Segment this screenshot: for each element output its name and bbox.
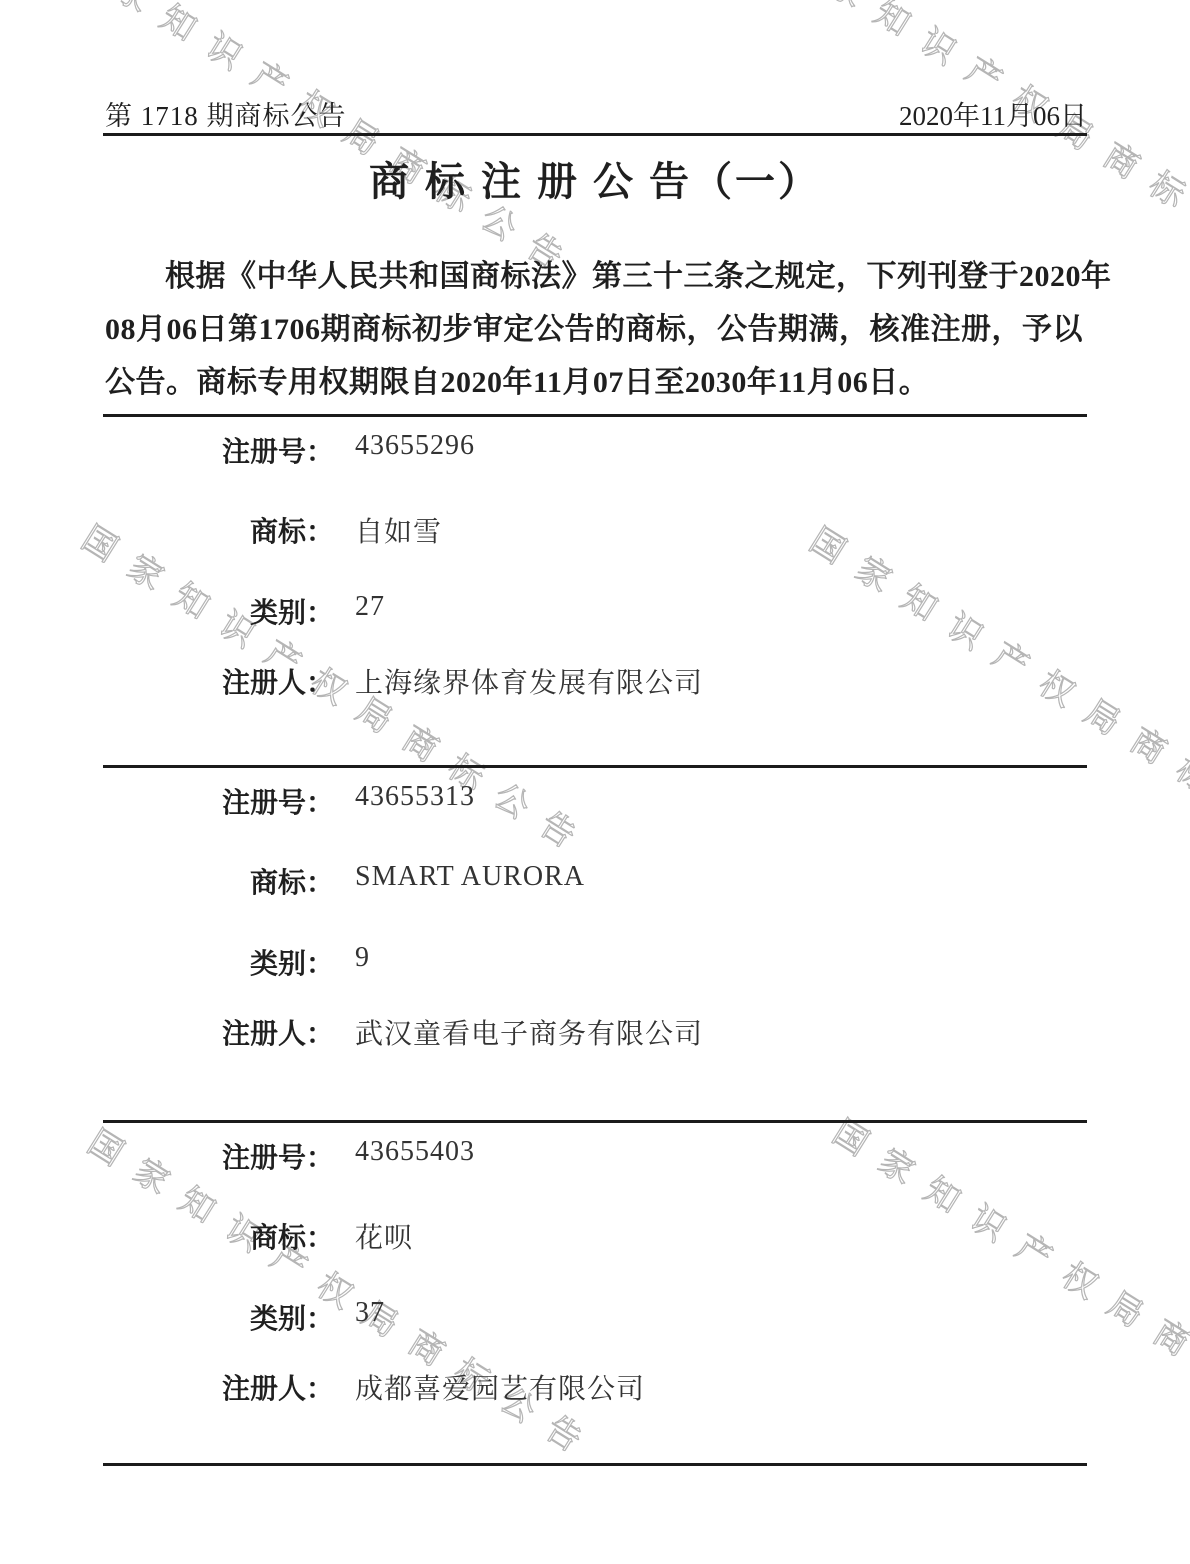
field-row-category: 类别： 27 — [0, 591, 1190, 627]
field-label: 类别： — [0, 1297, 334, 1337]
field-row-reg-no: 注册号： 43655313 — [0, 781, 1190, 817]
date-label: 2020年11月06日 — [105, 94, 1087, 133]
field-value-trademark: 自如雪 — [355, 510, 442, 550]
trademark-entry: 注册号： 43655313 商标： SMART AURORA 类别： 9 注册人… — [0, 765, 1190, 1120]
field-value-registrant: 成都喜爱园艺有限公司 — [355, 1367, 645, 1407]
field-label: 商标： — [0, 861, 334, 901]
field-label: 类别： — [0, 591, 334, 631]
field-row-reg-no: 注册号： 43655403 — [0, 1136, 1190, 1172]
field-row-trademark: 商标： 花呗 — [0, 1216, 1190, 1252]
field-label: 注册人： — [0, 1012, 334, 1052]
field-value-category: 9 — [355, 942, 370, 974]
header-rule — [103, 133, 1087, 136]
trademark-entry: 注册号： 43655296 商标： 自如雪 类别： 27 注册人： 上海缘界体育… — [0, 414, 1190, 765]
gazette-page: { "page": { "issue_label": "第 1718 期商标公告… — [0, 0, 1190, 1564]
page-title: 商 标 注 册 公 告（一） — [0, 150, 1190, 207]
field-value-registrant: 武汉童看电子商务有限公司 — [355, 1012, 703, 1052]
field-label: 类别： — [0, 942, 334, 982]
field-row-trademark: 商标： 自如雪 — [0, 510, 1190, 546]
field-value-trademark: 花呗 — [355, 1216, 413, 1256]
field-value-reg-no: 43655313 — [355, 781, 475, 813]
field-label: 注册人： — [0, 661, 334, 701]
intro-line: 根据《中华人民共和国商标法》第三十三条之规定，下列刊登于2020年 — [105, 250, 1090, 303]
field-value-category: 37 — [355, 1297, 385, 1329]
bottom-rule — [103, 1463, 1087, 1466]
field-label: 商标： — [0, 1216, 334, 1256]
field-value-category: 27 — [355, 591, 385, 623]
field-row-registrant: 注册人： 上海缘界体育发展有限公司 — [0, 661, 1190, 697]
field-row-registrant: 注册人： 武汉童看电子商务有限公司 — [0, 1012, 1190, 1048]
watermark: 国家知识产权局商标公告 — [775, 0, 1190, 285]
field-value-registrant: 上海缘界体育发展有限公司 — [355, 661, 703, 701]
field-row-category: 类别： 37 — [0, 1297, 1190, 1333]
field-row-category: 类别： 9 — [0, 942, 1190, 978]
field-label: 注册人： — [0, 1367, 334, 1407]
intro-line: 公告。商标专用权期限自2020年11月07日至2030年11月06日。 — [105, 356, 1090, 409]
field-label: 商标： — [0, 510, 334, 550]
intro-line: 08月06日第1706期商标初步审定公告的商标，公告期满，核准注册，予以 — [105, 303, 1090, 356]
field-label: 注册号： — [0, 781, 334, 821]
field-value-reg-no: 43655296 — [355, 430, 475, 462]
watermark: 国家知识产权局商标公告 — [61, 0, 586, 290]
field-label: 注册号： — [0, 430, 334, 470]
field-value-trademark: SMART AURORA — [355, 861, 585, 893]
field-row-reg-no: 注册号： 43655296 — [0, 430, 1190, 466]
field-row-registrant: 注册人： 成都喜爱园艺有限公司 — [0, 1367, 1190, 1403]
intro-paragraph: 根据《中华人民共和国商标法》第三十三条之规定，下列刊登于2020年 08月06日… — [105, 250, 1090, 409]
field-value-reg-no: 43655403 — [355, 1136, 475, 1168]
field-row-trademark: 商标： SMART AURORA — [0, 861, 1190, 897]
trademark-entry: 注册号： 43655403 商标： 花呗 类别： 37 注册人： 成都喜爱园艺有… — [0, 1120, 1190, 1466]
field-label: 注册号： — [0, 1136, 334, 1176]
